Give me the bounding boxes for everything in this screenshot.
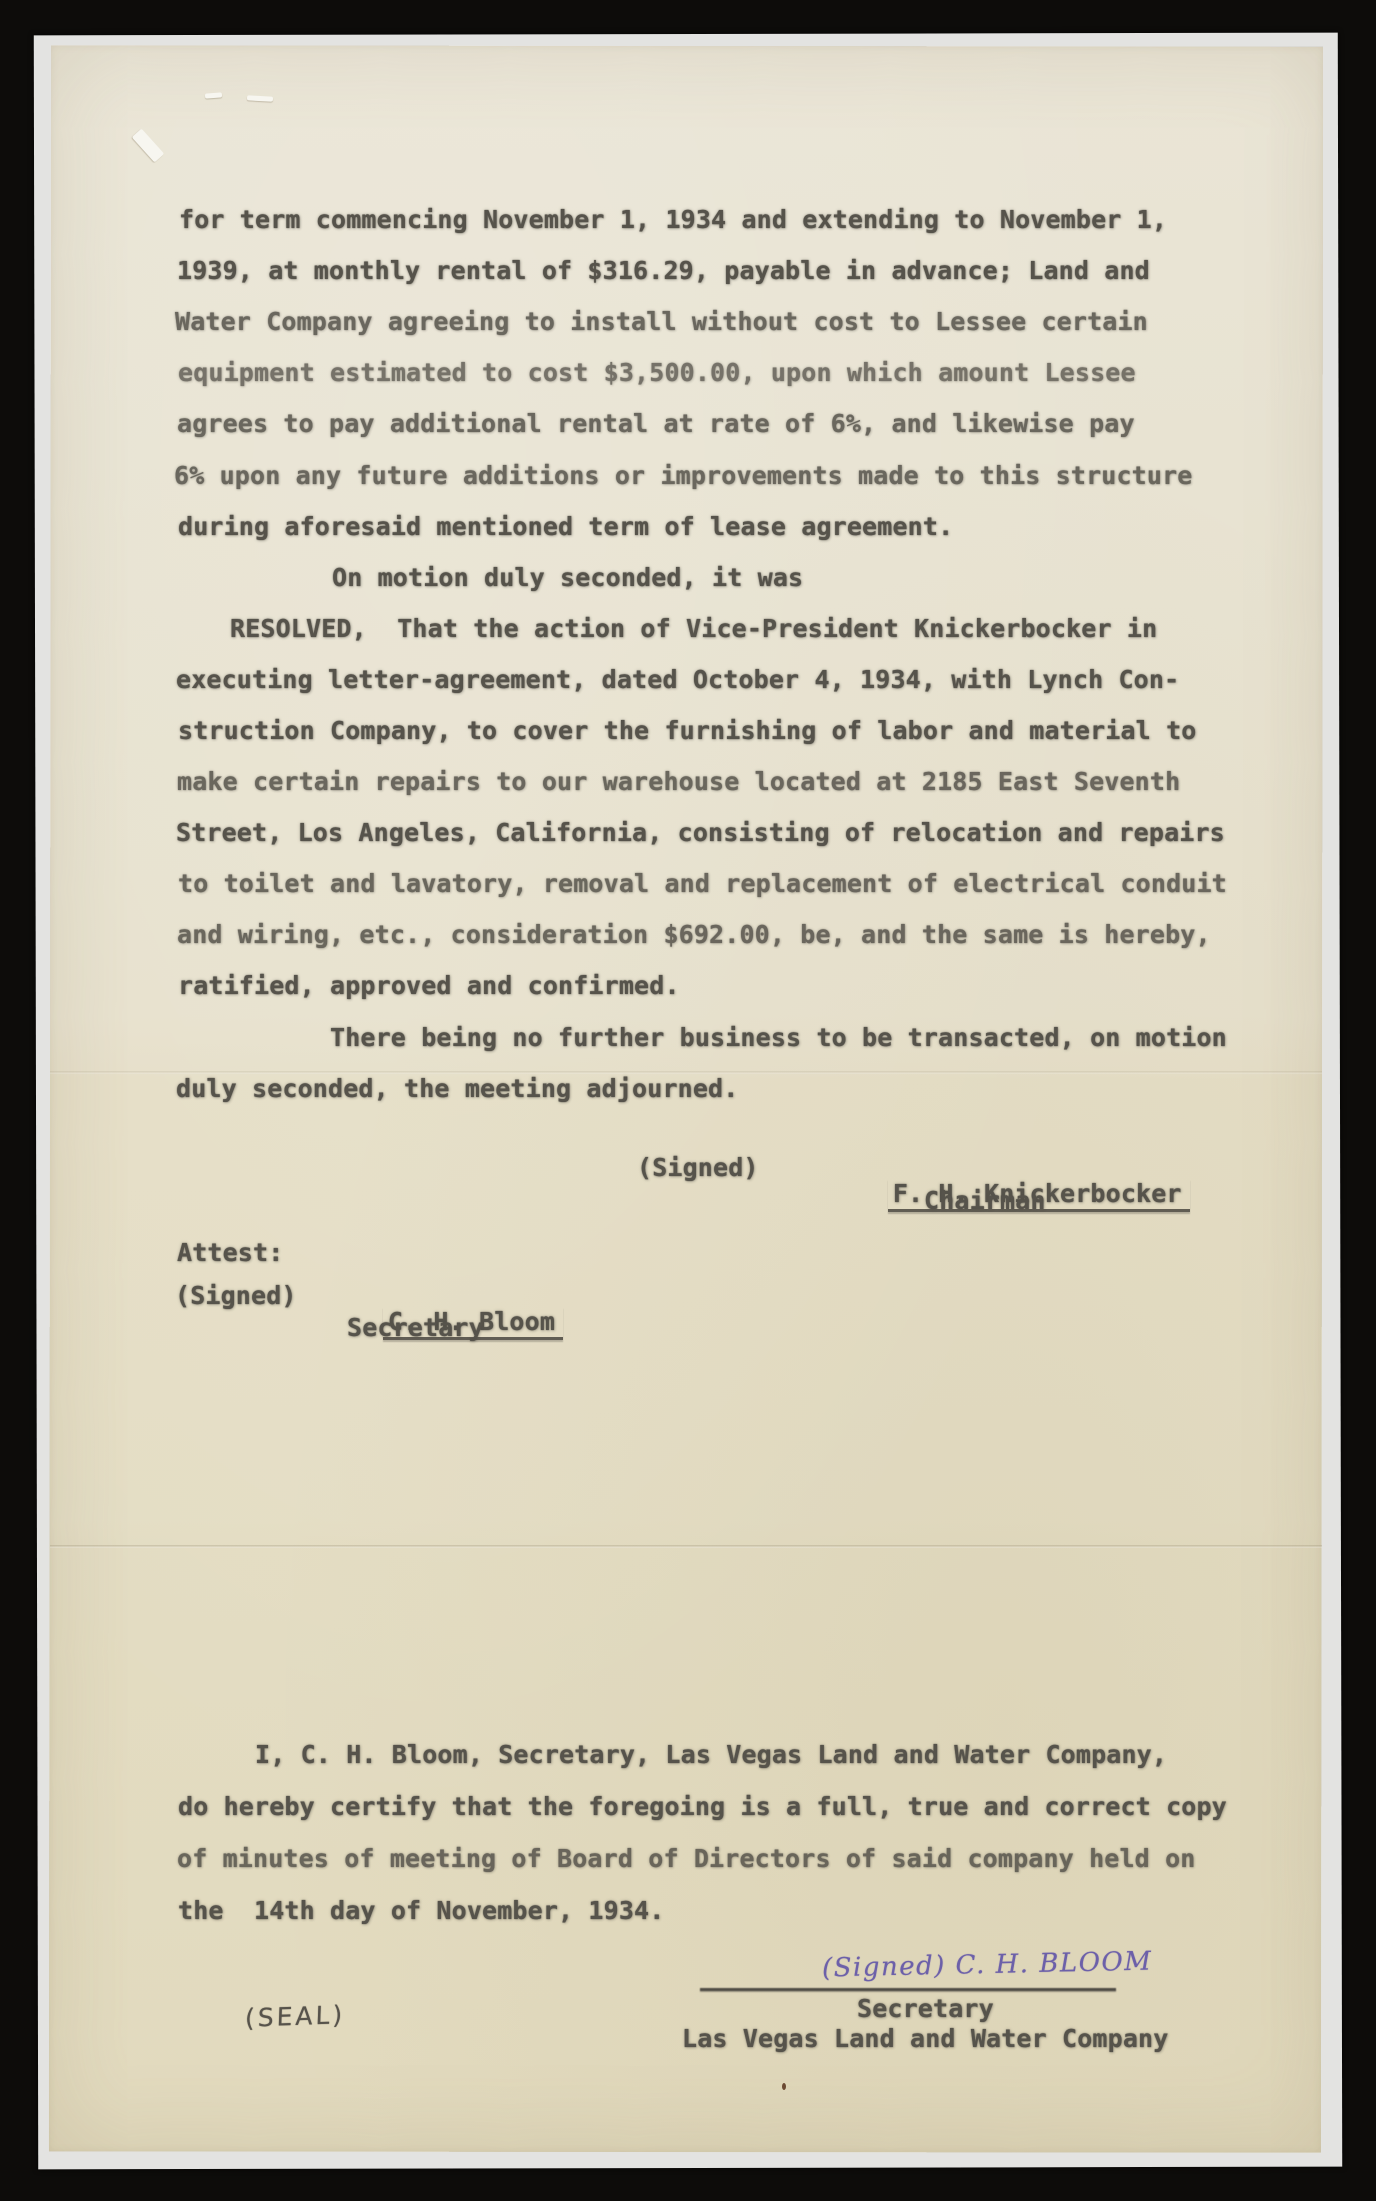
body-line: Street, Los Angeles, California, consist… (176, 818, 1225, 848)
body-line: to toilet and lavatory, removal and repl… (178, 869, 1227, 899)
body-line: duly seconded, the meeting adjourned. (176, 1074, 738, 1104)
signature-rule (700, 1988, 1116, 1991)
attest-label: Attest: (177, 1238, 283, 1268)
signed-label: (Signed) (175, 1281, 297, 1311)
certification-line: I, C. H. Bloom, Secretary, Las Vegas Lan… (255, 1740, 1167, 1770)
certification-line: the 14th day of November, 1934. (178, 1896, 664, 1926)
body-line: 6% upon any future additions or improvem… (174, 461, 1193, 491)
paper-speck (782, 2083, 786, 2090)
scanned-document-page: for term commencing November 1, 1934 and… (0, 0, 1376, 2201)
chairman-title: Chairman (924, 1186, 1046, 1216)
body-line: There being no further business to be tr… (330, 1023, 1227, 1053)
body-line: executing letter-agreement, dated Octobe… (176, 665, 1179, 695)
body-line: equipment estimated to cost $3,500.00, u… (178, 358, 1136, 388)
certification-line: do hereby certify that the foregoing is … (178, 1792, 1227, 1822)
body-line: make certain repairs to our warehouse lo… (177, 767, 1180, 797)
seal-note: (SEAL) (245, 2000, 346, 2033)
body-line: RESOLVED, That the action of Vice-Presid… (230, 614, 1157, 644)
body-line: On motion duly seconded, it was (332, 563, 803, 593)
body-line: ratified, approved and confirmed. (178, 971, 680, 1001)
fold-crease-lower (50, 1545, 1322, 1548)
body-line: for term commencing November 1, 1934 and… (179, 205, 1167, 235)
body-line: and wiring, etc., consideration $692.00,… (177, 920, 1211, 950)
body-line: 1939, at monthly rental of $316.29, paya… (177, 256, 1150, 286)
signed-label: (Signed) (637, 1153, 759, 1183)
body-line: struction Company, to cover the furnishi… (178, 716, 1197, 746)
company-name: Las Vegas Land and Water Company (682, 2024, 1168, 2054)
body-line: during aforesaid mentioned term of lease… (178, 512, 953, 542)
attest-title: Secretary (347, 1313, 484, 1343)
body-line: agrees to pay additional rental at rate … (177, 409, 1135, 439)
secretary-title: Secretary (857, 1994, 994, 2024)
certification-line: of minutes of meeting of Board of Direct… (177, 1844, 1196, 1874)
body-line: Water Company agreeing to install withou… (175, 307, 1148, 337)
